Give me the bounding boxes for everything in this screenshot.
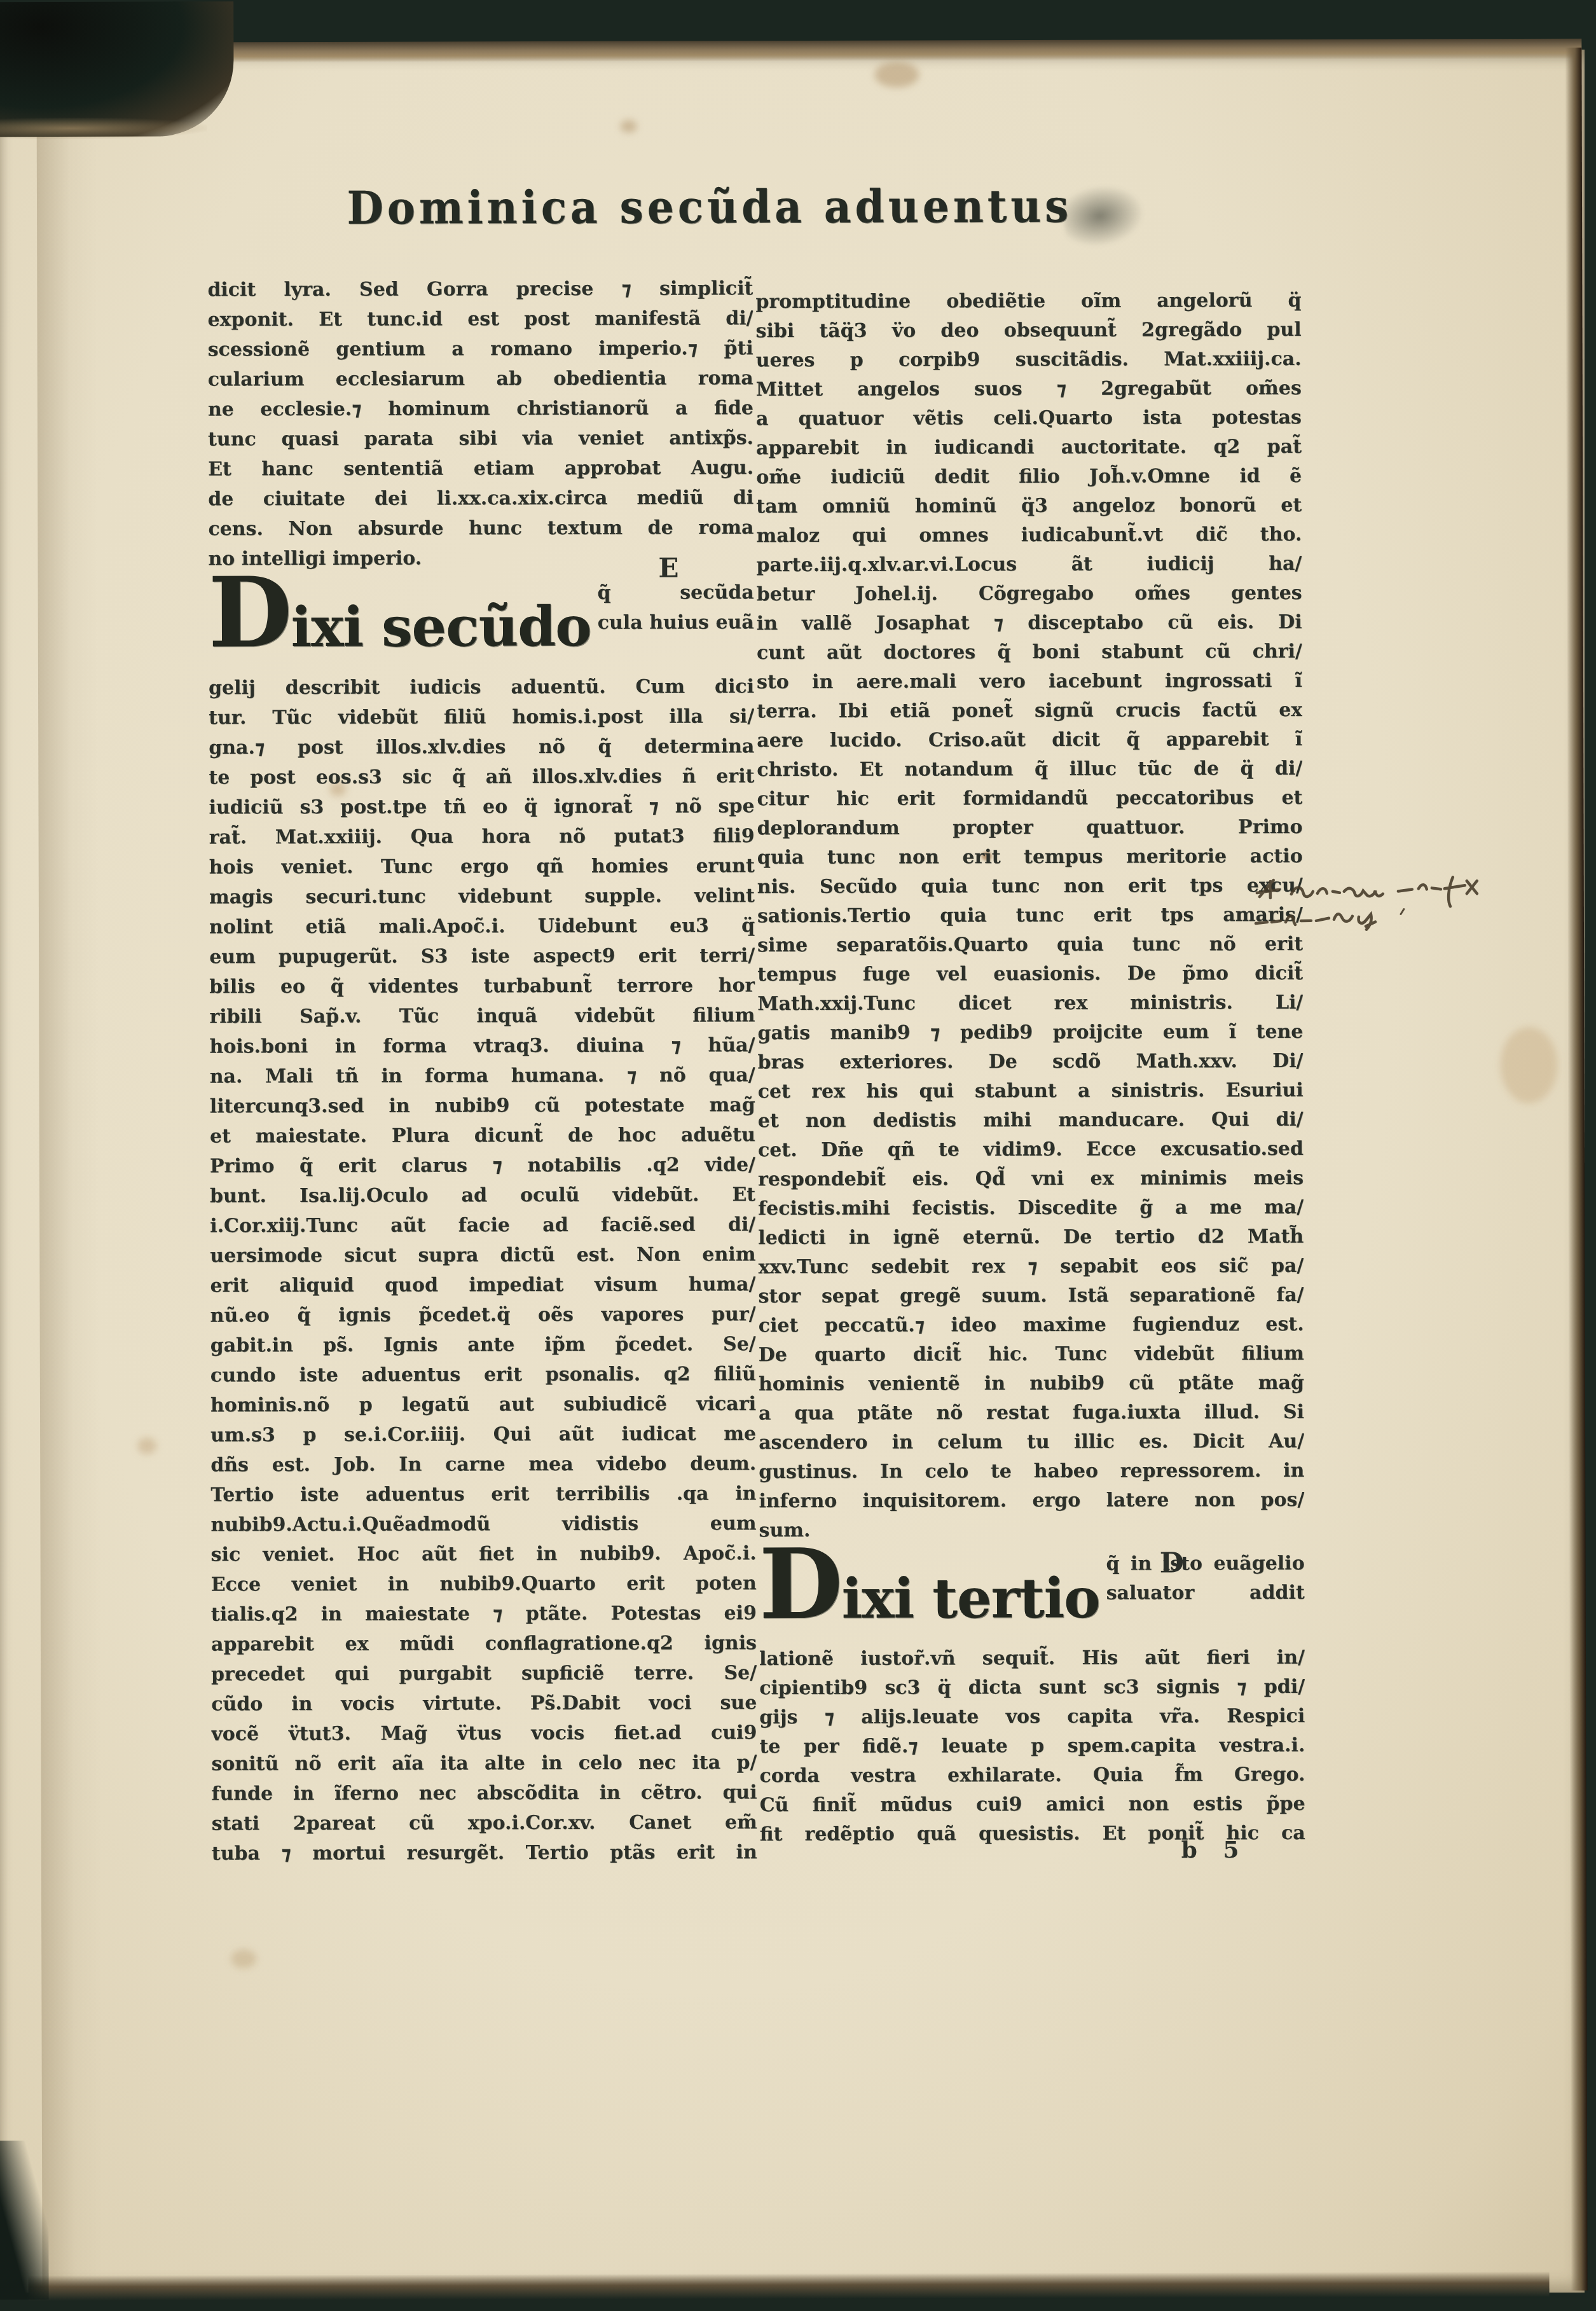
page-header-title: Dominica secũda aduentus bbox=[265, 179, 1155, 235]
text-line: sic veniet. Hoc aũt fiet in nubib9. Apoc… bbox=[211, 1538, 757, 1569]
text-line: fecistis.mihi fecistis. Discedite g̃ a m… bbox=[758, 1193, 1304, 1224]
text-line: terra. Ibi etiã ponet̃ signũ crucis fact… bbox=[757, 696, 1302, 726]
handwriting-strokes bbox=[1251, 867, 1492, 950]
text-line: promptitudine obediẽtie oĩm angelorũ q̈ bbox=[755, 286, 1301, 317]
foxing-stain bbox=[1500, 1027, 1557, 1103]
text-line: bras exteriores. De scdõ Math.xxv. Di/ bbox=[757, 1047, 1303, 1077]
foxing-stain bbox=[137, 1438, 156, 1454]
text-line: sationis.Tertio quia tunc erit tps amari… bbox=[757, 900, 1303, 931]
text-line: nolint etiã mali.Apoc̃.i. Uidebunt eu3 q… bbox=[209, 911, 755, 942]
right-text-column: promptitudine obediẽtie oĩm angelorũ q̈s… bbox=[755, 286, 1305, 1849]
text-line: tam omniũ hominũ q̈3 angeloz bonorũ et bbox=[756, 491, 1302, 521]
text-line: cularium ecclesiarum ab obedientia roma bbox=[208, 363, 753, 394]
text-line: dicit lyra. Sed Gorra precise ⁊ simplici… bbox=[207, 273, 753, 305]
text-line: corda vestra exhilarate. Quia f̃m Grego. bbox=[759, 1760, 1305, 1791]
stray-letter-d: D bbox=[1160, 1547, 1184, 1579]
text-line: Primo q̃ erit clarus ⁊ notabilis .q2 vid… bbox=[210, 1150, 755, 1181]
text-line: tempus fuge vel euasionis. De p̃mo dicit… bbox=[757, 959, 1303, 990]
text-line: hominis.nõ p legatũ aut subiudicẽ vicari bbox=[210, 1389, 756, 1420]
text-line: te per fidẽ.⁊ leuate p spem.capita vestr… bbox=[759, 1731, 1305, 1762]
heading-side-lines: q̃ in isto euãgeliosaluator addit cõso bbox=[1099, 1548, 1304, 1608]
text-line: vocẽ v̈tut3. Mag̃ v̈tus vocis fiet.ad cu… bbox=[211, 1718, 757, 1749]
text-line: scessionẽ gentium a romano imperio.⁊ p̃t… bbox=[208, 333, 753, 364]
text-line: ribili Sap̃.v. Tũc inquã videbũt filium bbox=[209, 1000, 755, 1031]
stray-letter-e: E bbox=[658, 552, 678, 583]
text-line: funde in ĩferno nec abscõdita in cẽtro. … bbox=[211, 1777, 757, 1809]
text-line: cet rex his qui stabunt a sinistris. Esu… bbox=[758, 1076, 1304, 1107]
right-paragraph-2: lationẽ iustor̃.vñ sequit̃. His aũt fier… bbox=[759, 1643, 1305, 1849]
text-line: sonitũ nõ erit aĩa ita alte in celo nec … bbox=[211, 1748, 757, 1779]
text-line: respondebit̃ eis. Qd̃ vni ex minimis mei… bbox=[758, 1164, 1304, 1194]
marginal-annotation bbox=[1251, 867, 1492, 950]
text-line: eum pupugerũt. S3 iste aspect9 erit terr… bbox=[209, 941, 755, 972]
left-paragraph-2: gelij describit iudicis aduentũ. Cum dic… bbox=[209, 672, 757, 1868]
text-line: litercunq3.sed in nubib9 cũ potestate ma… bbox=[210, 1090, 755, 1121]
text-line: quia tunc non erit tempus meritorie acti… bbox=[757, 842, 1303, 873]
text-line: betur Johel.ij. Cõgregabo om̃es gentes bbox=[757, 579, 1302, 609]
text-line: christo. Et notandum q̃ illuc tũc de q̈ … bbox=[757, 754, 1302, 785]
text-line: uersimode sicut supra dictũ est. Non eni… bbox=[210, 1239, 755, 1271]
heading-word: ixi secũdo bbox=[291, 595, 591, 659]
text-line: iudiciũ s3 post.tpe tñ eo q̈ ignorat̃ ⁊ … bbox=[209, 791, 754, 822]
page-bottom-edge bbox=[29, 2272, 1550, 2301]
text-line: cũdo in vocis virtute. Ps̃.Dabit voci su… bbox=[211, 1688, 757, 1719]
text-line: xxv.Tunc sedebit rex ⁊ sepabit eos sic̃ … bbox=[758, 1252, 1304, 1282]
text-line: aere lucido. Criso.aũt dicit q̃ apparebi… bbox=[757, 725, 1302, 755]
text-line: dñs est. Job. In carne mea videbo deum. bbox=[210, 1449, 756, 1480]
text-line: hois.boni in forma vtraq3. diuina ⁊ hũa/ bbox=[209, 1030, 755, 1061]
text-line: magis securi.tunc videbunt supple. velin… bbox=[209, 881, 755, 912]
text-line: nũ.eo q̃ ignis p̃cedet.q̈ oẽs vapores pu… bbox=[210, 1299, 756, 1330]
text-line: q̃ in isto euãgelio bbox=[1106, 1549, 1304, 1579]
text-line: apparebit ex mũdi conflagratione.q2 igni… bbox=[211, 1628, 757, 1659]
text-line: na. Mali tñ in forma humana. ⁊ nõ qua/ bbox=[210, 1060, 755, 1091]
text-line: maloz qui omnes iudicabunt̃.vt dic̃ tho. bbox=[756, 520, 1302, 551]
text-line: hois veniet. Tunc ergo qñ homies erunt bbox=[209, 851, 755, 882]
text-line: i.Cor.xiij.Tunc aũt facie ad faciẽ.sed d… bbox=[210, 1210, 755, 1241]
background-corner bbox=[0, 2141, 49, 2300]
left-text-column: dicit lyra. Sed Gorra precise ⁊ simplici… bbox=[207, 273, 757, 1868]
text-line: ne ecclesie.⁊ hominum christianorũ a fid… bbox=[208, 393, 753, 424]
text-line: de ciuitate dei li.xx.ca.xix.circa mediũ… bbox=[208, 483, 753, 514]
section-heading-dixi-secundo: Dixi secũdo q̃ secũda parti/cula huius e… bbox=[209, 576, 754, 670]
text-line: tur. Tũc videbũt filiũ homis.i.post illa… bbox=[209, 701, 754, 733]
text-line: bilis eo q̃ videntes turbabunt̃ terrore … bbox=[209, 970, 755, 1002]
page-fore-edge bbox=[1565, 48, 1587, 2291]
text-line: sime separatõis.Quarto quia tunc nõ erit bbox=[757, 930, 1303, 960]
text-line: sibi tãq̈3 v̈o deo obsequunt̃ 2gregãdo p… bbox=[755, 315, 1301, 346]
text-line: hominis venientẽ in nubib9 cũ ptãte mag̃ bbox=[759, 1369, 1304, 1399]
text-line: erit aliquid quod impediat visum huma/ bbox=[210, 1269, 755, 1300]
foxing-stain bbox=[874, 62, 919, 87]
text-line: tuba ⁊ mortui resurgẽt. Tertio ptãs erit… bbox=[212, 1837, 757, 1868]
gutter-shadow bbox=[36, 52, 102, 2294]
text-line: apparebit in iudicandi auctoritate. q2 p… bbox=[756, 432, 1302, 463]
ink-smudge bbox=[1059, 179, 1148, 251]
text-line: ledicti in ignẽ eternũ. De tertio d2 Mat… bbox=[758, 1222, 1304, 1253]
text-line: nis. Secũdo quia tunc non erit tps excu/ bbox=[757, 871, 1303, 902]
lombard-heading: Dixi tertio bbox=[759, 1549, 1100, 1634]
text-line: et maiestate. Plura dicunt̃ de hoc aduẽt… bbox=[210, 1120, 755, 1151]
foxing-stain bbox=[231, 1949, 256, 1968]
lombard-heading: Dixi secũdo bbox=[209, 577, 591, 663]
text-line: exponit. Et tunc.id est post manifestã d… bbox=[207, 303, 753, 335]
heading-side-lines: q̃ secũda parti/cula huius euã bbox=[591, 576, 753, 638]
text-line: inferno inquisitorem. ergo latere non po… bbox=[759, 1486, 1304, 1516]
text-line: a quatuor vẽtis celi.Quarto ista potesta… bbox=[756, 403, 1302, 434]
text-line: tialis.q2 in maiestate ⁊ ptãte. Potestas… bbox=[211, 1598, 757, 1629]
text-line: gustinus. In celo te habeo repressorem. … bbox=[759, 1456, 1304, 1487]
text-line: Et hanc sententiã etiam approbat Augu. bbox=[208, 453, 753, 484]
text-line: lationẽ iustor̃.vñ sequit̃. His aũt fier… bbox=[759, 1643, 1305, 1674]
foxing-stain bbox=[621, 120, 637, 133]
text-line: cens. Non absurde hunc textum de roma bbox=[208, 513, 753, 544]
text-line: ueres p corpib9 suscitãdis. Mat.xxiiij.c… bbox=[756, 345, 1302, 375]
text-line: gabit.in ps̃. Ignis ante ip̃m p̃cedet. S… bbox=[210, 1329, 756, 1360]
text-line: in vallẽ Josaphat ⁊ disceptabo cũ eis. D… bbox=[757, 608, 1302, 638]
text-line: gna.⁊ post illos.xlv.dies nõ q̃ determin… bbox=[209, 731, 754, 762]
right-paragraph-1: promptitudine obediẽtie oĩm angelorũ q̈s… bbox=[755, 286, 1304, 1545]
text-line: om̃e iudiciũ dedit filio Joh̃.v.Omne id … bbox=[756, 462, 1302, 492]
text-line: deplorandum propter quattuor. Primo bbox=[757, 813, 1303, 843]
binding-corner bbox=[0, 1, 234, 137]
text-line: um.s3 p se.i.Cor.iiij. Qui aũt iudicat m… bbox=[210, 1419, 756, 1450]
text-line: gatis manib9 ⁊ pedib9 proijcite eum ĩ te… bbox=[757, 1018, 1303, 1048]
text-line: cula huius euã bbox=[598, 607, 754, 638]
text-line: ciet peccatũ.⁊ ideo maxime fugienduz est… bbox=[759, 1310, 1304, 1341]
text-line: bunt. Isa.lij.Oculo ad oculũ videbũt. Et bbox=[210, 1180, 755, 1211]
text-line: rat̃. Mat.xxiiij. Qua hora nõ putat3 fil… bbox=[209, 821, 755, 852]
section-heading-dixi-tertio: Dixi tertio q̃ in isto euãgeliosaluator … bbox=[759, 1548, 1305, 1642]
text-line: Tertio iste aduentus erit terribilis .qa… bbox=[210, 1479, 756, 1510]
left-paragraph-1: dicit lyra. Sed Gorra precise ⁊ simplici… bbox=[207, 273, 753, 574]
text-line: Mittet angelos suos ⁊ 2gregabũt om̃es bbox=[756, 374, 1302, 404]
text-line: cipientib9 sc3 q̈ dicta sunt sc3 signis … bbox=[759, 1673, 1305, 1703]
quire-signature: b 5 bbox=[1181, 1837, 1248, 1863]
text-line: gelij describit iudicis aduentũ. Cum dic… bbox=[209, 672, 754, 703]
text-line: cundo iste aduentus erit psonalis. q2 fi… bbox=[210, 1359, 756, 1390]
book-page: Dominica secũda aduentus dicit lyra. Sed… bbox=[0, 50, 1585, 2293]
text-line: a qua ptãte nõ restat fuga.iuxta illud. … bbox=[759, 1398, 1304, 1428]
text-line: cet. Dñe qñ te vidim9. Ecce excusatio.se… bbox=[758, 1135, 1304, 1165]
text-line: Math.xxij.Tunc dicet rex ministris. Li/ bbox=[757, 988, 1303, 1019]
text-line: parte.iij.q.xlv.ar.vi.Locus ãt iudicij h… bbox=[756, 549, 1302, 580]
heading-initial: D bbox=[759, 1527, 841, 1641]
text-line: ascendero in celum tu illic es. Dicit Au… bbox=[759, 1427, 1304, 1458]
text-line: saluator addit cõso bbox=[1106, 1578, 1305, 1608]
text-line: Cũ finit̃ mũdus cui9 amici non estis p̃p… bbox=[760, 1790, 1305, 1820]
text-line: De quarto dicit̃ hic. Tunc videbũt filiu… bbox=[759, 1339, 1304, 1370]
text-line: nubib9.Actu.i.Quẽadmodũ vidistis eum bbox=[210, 1508, 756, 1540]
text-line: tunc quasi parata sibi via veniet antixp… bbox=[208, 423, 753, 454]
text-line: stati 2pareat cũ xpo.i.Cor.xv. Canet em̃ bbox=[212, 1807, 757, 1838]
heading-word: ixi tertio bbox=[841, 1566, 1099, 1631]
binding-corner-rim bbox=[0, 117, 207, 139]
text-line: gijs ⁊ alijs.leuate vos capita vr̃a. Res… bbox=[759, 1702, 1305, 1732]
text-line: stor sepat gregẽ suum. Istã separationẽ … bbox=[758, 1281, 1304, 1311]
page-top-edge bbox=[0, 39, 1581, 64]
text-line: Ecce veniet in nubib9.Quarto erit poten bbox=[211, 1568, 757, 1599]
text-line: et non dedistis mihi manducare. Qui di/ bbox=[758, 1105, 1304, 1136]
text-line: cunt aũt doctores q̃ boni stabunt cũ chr… bbox=[757, 637, 1302, 668]
text-line: te post eos.s3 sic q̃ añ illos.xlv.dies … bbox=[209, 761, 754, 792]
text-line: sto in aere.mali vero iacebunt ingrossat… bbox=[757, 666, 1302, 697]
text-line: precedet qui purgabit supficiẽ terre. Se… bbox=[211, 1658, 757, 1689]
text-line: citur hic erit formidandũ peccatoribus e… bbox=[757, 783, 1302, 814]
heading-initial: D bbox=[208, 555, 291, 669]
